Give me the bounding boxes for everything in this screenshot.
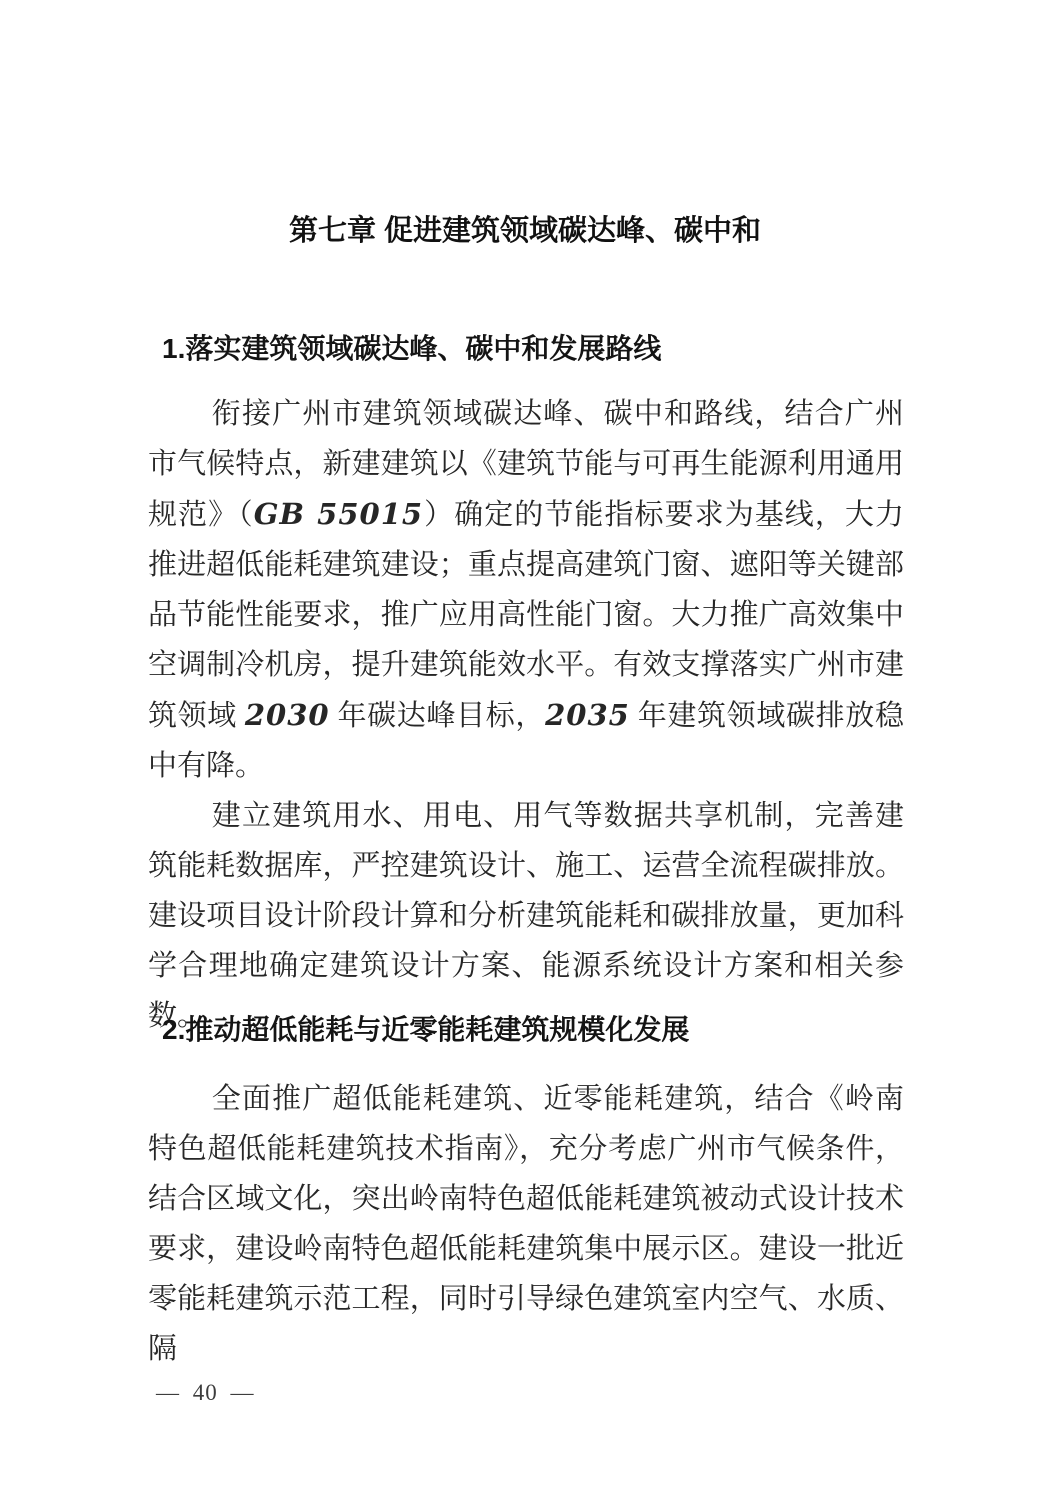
paragraph: 建立建筑用水、用电、用气等数据共享机制，完善建筑能耗数据库，严控建筑设计、施工、…	[148, 791, 904, 1041]
paragraph: 全面推广超低能耗建筑、近零能耗建筑，结合《岭南特色超低能耗建筑技术指南》，充分考…	[148, 1074, 904, 1374]
standard-code: GB 55015	[254, 497, 423, 531]
section-1-body: 衔接广州市建筑领域碳达峰、碳中和路线，结合广州市气候特点，新建建筑以《建筑节能与…	[148, 389, 904, 1041]
text-run: 年碳达峰目标，	[330, 700, 546, 732]
section-2-heading: 2.推动超低能耗与近零能耗建筑规模化发展	[162, 1012, 922, 1048]
paragraph: 衔接广州市建筑领域碳达峰、碳中和路线，结合广州市气候特点，新建建筑以《建筑节能与…	[148, 389, 904, 791]
year-value: 2035	[545, 698, 630, 732]
section-1-heading: 1.落实建筑领域碳达峰、碳中和发展路线	[162, 331, 922, 367]
year-value: 2030	[245, 698, 330, 732]
document-page: 第七章 促进建筑领域碳达峰、碳中和 1.落实建筑领域碳达峰、碳中和发展路线 衔接…	[0, 0, 1050, 1485]
page-number: — 40 —	[156, 1380, 255, 1406]
section-2-body: 全面推广超低能耗建筑、近零能耗建筑，结合《岭南特色超低能耗建筑技术指南》，充分考…	[148, 1074, 904, 1374]
chapter-title: 第七章 促进建筑领域碳达峰、碳中和	[0, 210, 1050, 252]
